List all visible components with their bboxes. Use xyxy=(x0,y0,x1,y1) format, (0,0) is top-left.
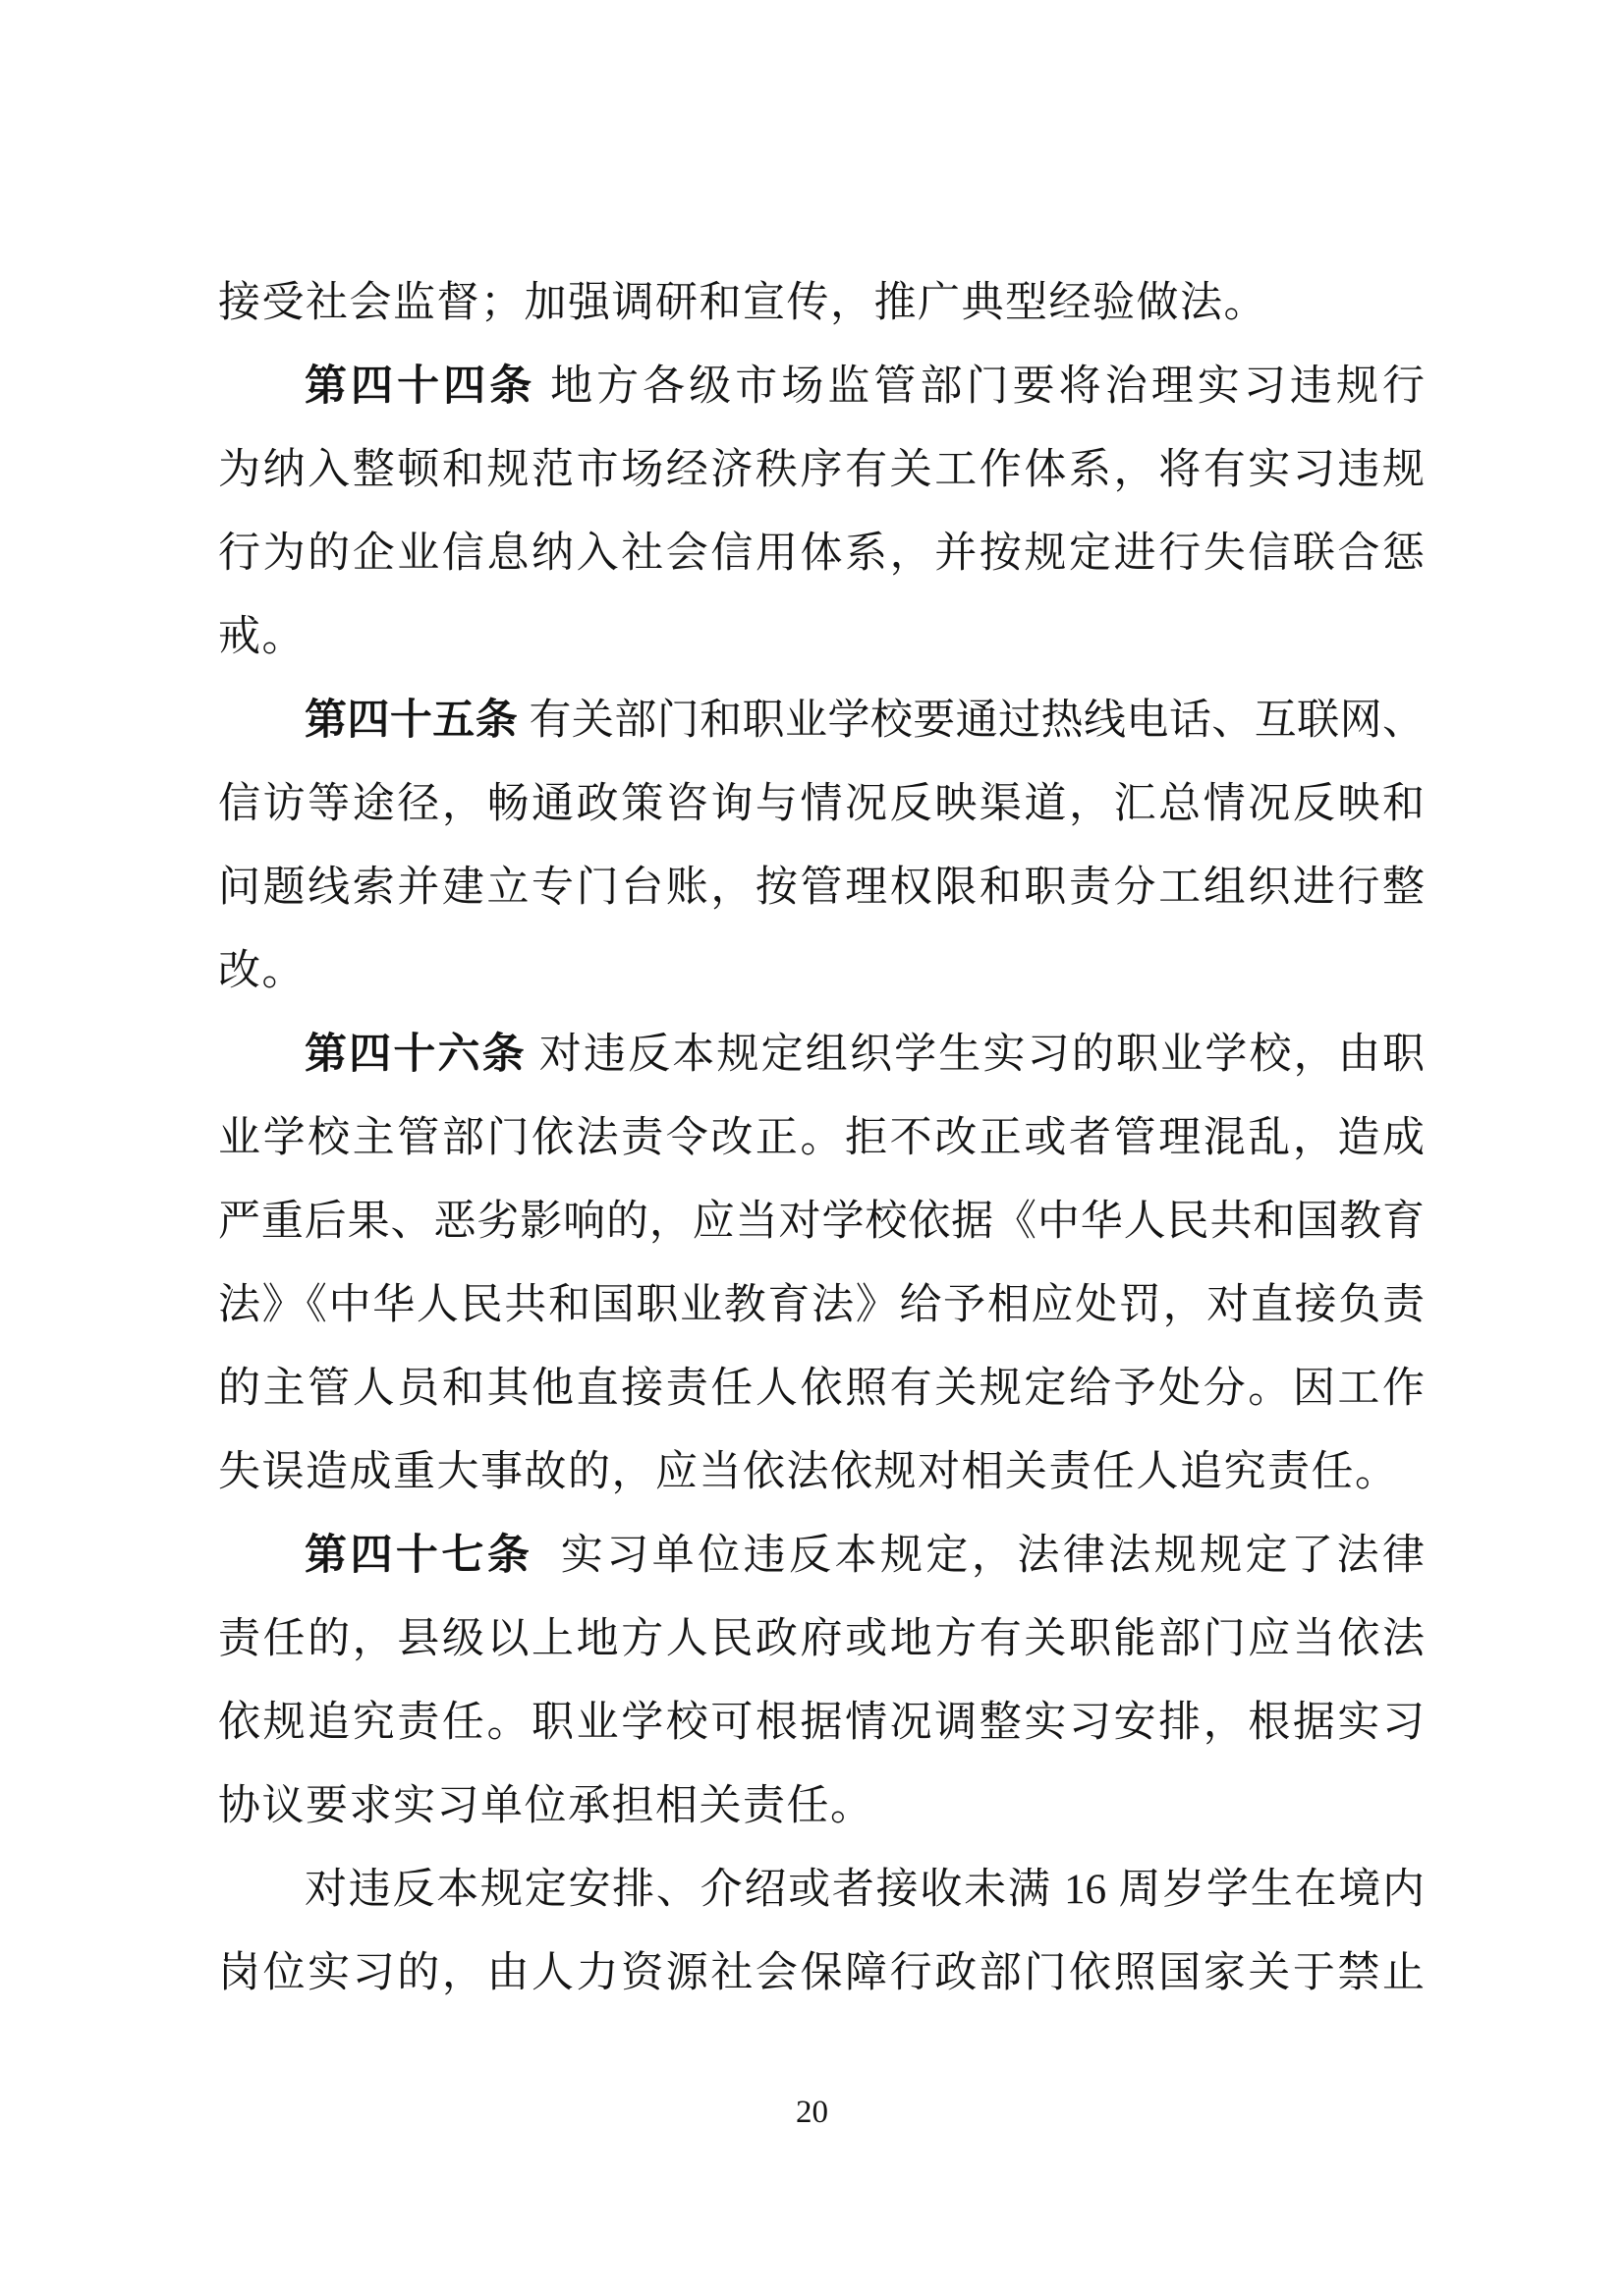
text-line: 严重后果、恶劣影响的，应当对学校依据《中华人民共和国教育 xyxy=(218,1180,1425,1263)
text-line: 第四十六条 对违反本规定组织学生实习的职业学校，由职 xyxy=(218,1013,1425,1096)
text-line: 责任的，县级以上地方人民政府或地方有关职能部门应当依法 xyxy=(218,1597,1425,1681)
text-line: 对违反本规定安排、介绍或者接收未满 16 周岁学生在境内 xyxy=(218,1848,1425,1932)
document-body: 接受社会监督；加强调研和宣传，推广典型经验做法。第四十四条 地方各级市场监管部门… xyxy=(218,261,1425,2015)
text-line: 信访等途径，畅通政策咨询与情况反映渠道，汇总情况反映和 xyxy=(218,762,1425,846)
text-line: 为纳入整顿和规范市场经济秩序有关工作体系，将有实习违规 xyxy=(218,428,1425,512)
text-line: 改。 xyxy=(218,929,1425,1013)
text-line: 戒。 xyxy=(218,595,1425,679)
text-line: 失误造成重大事故的，应当依法依规对相关责任人追究责任。 xyxy=(218,1430,1425,1514)
text-line: 问题线索并建立专门台账，按管理权限和职责分工组织进行整 xyxy=(218,846,1425,929)
text-line: 法》《中华人民共和国职业教育法》给予相应处罚，对直接负责 xyxy=(218,1263,1425,1347)
text-line: 接受社会监督；加强调研和宣传，推广典型经验做法。 xyxy=(218,261,1425,345)
text-line: 协议要求实习单位承担相关责任。 xyxy=(218,1764,1425,1848)
document-page: 接受社会监督；加强调研和宣传，推广典型经验做法。第四十四条 地方各级市场监管部门… xyxy=(0,0,1624,2296)
text-line: 第四十五条 有关部门和职业学校要通过热线电话、互联网、 xyxy=(218,679,1425,762)
text-line: 依规追究责任。职业学校可根据情况调整实习安排，根据实习 xyxy=(218,1681,1425,1764)
article-number: 第四十六条 xyxy=(305,1032,527,1078)
text-line: 行为的企业信息纳入社会信用体系，并按规定进行失信联合惩 xyxy=(218,512,1425,595)
text-line: 业学校主管部门依法责令改正。拒不改正或者管理混乱，造成 xyxy=(218,1096,1425,1180)
article-number: 第四十五条 xyxy=(305,698,518,744)
page-number: 20 xyxy=(0,2093,1624,2132)
article-number: 第四十七条 xyxy=(305,1533,532,1579)
text-line: 第四十四条 地方各级市场监管部门要将治理实习违规行 xyxy=(218,345,1425,428)
text-line: 的主管人员和其他直接责任人依照有关规定给予处分。因工作 xyxy=(218,1347,1425,1430)
text-line: 岗位实习的，由人力资源社会保障行政部门依照国家关于禁止 xyxy=(218,1932,1425,2015)
article-number: 第四十四条 xyxy=(305,364,535,410)
text-line: 第四十七条 实习单位违反本规定，法律法规规定了法律 xyxy=(218,1514,1425,1597)
